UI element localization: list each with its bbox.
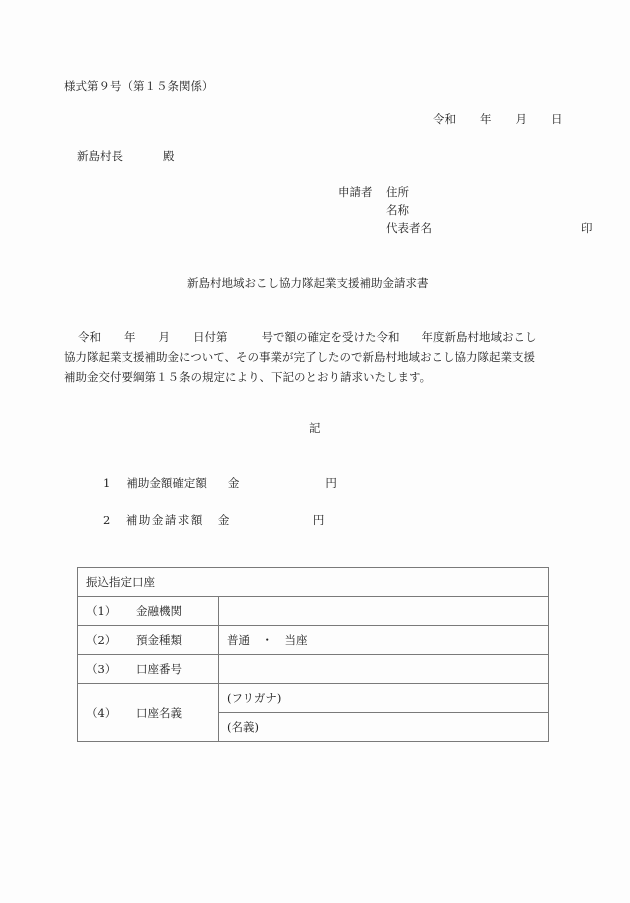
date-month: 月: [516, 112, 528, 126]
account-table: 振込指定口座 （1）金融機関 （2）預金種類 普通 ・ 当座 （3）口座番号 （…: [77, 567, 549, 742]
addressee-honorific: 殿: [163, 149, 175, 163]
addressee-name: 新島村長: [77, 149, 123, 163]
applicant-representative-label: 代表者名: [386, 223, 432, 235]
date-year: 年: [480, 112, 492, 126]
form-number: 様式第９号（第１５条関係）: [64, 81, 214, 93]
deposit-type-value[interactable]: 普通 ・ 当座: [219, 626, 549, 655]
ki-heading: 記: [309, 423, 321, 435]
addressee: 新島村長殿: [77, 151, 175, 163]
body-line-3: 補助金交付要綱第１５条の規定により、下記のとおり請求いたします。: [64, 367, 574, 387]
table-row: （1）金融機関: [78, 597, 549, 626]
row-label-account-number: （3）口座番号: [78, 655, 219, 684]
body-line-2: 協力隊起業支援補助金について、その事業が完了したので新島村地域おこし協力隊起業支…: [64, 347, 574, 367]
item-1: 1補助金額確定額金円: [103, 478, 337, 490]
account-number-value[interactable]: [219, 655, 549, 684]
seal-mark: 印: [581, 223, 593, 235]
row-label-account-holder: （4）口座名義: [78, 684, 219, 742]
row-label-bank: （1）金融機関: [78, 597, 219, 626]
furigana-field[interactable]: (フリガナ): [219, 684, 549, 713]
applicant-label: 申請者: [338, 187, 373, 199]
table-header-row: 振込指定口座: [78, 568, 549, 597]
bank-value[interactable]: [219, 597, 549, 626]
table-row: （3）口座番号: [78, 655, 549, 684]
applicant-address-label: 住所: [386, 187, 409, 199]
document-title: 新島村地域おこし協力隊起業支援補助金請求書: [187, 278, 429, 290]
table-row: （4）口座名義 (フリガナ): [78, 684, 549, 713]
applicant-name-label: 名称: [386, 205, 409, 217]
holder-name-field[interactable]: (名義): [219, 713, 549, 742]
table-row: （2）預金種類 普通 ・ 当座: [78, 626, 549, 655]
date-era: 令和: [433, 112, 456, 126]
date-day: 日: [551, 112, 563, 126]
body-line-1: 令和年月日付第号で額の確定を受けた令和年度新島村地域おこし: [64, 327, 574, 347]
table-header: 振込指定口座: [78, 568, 549, 597]
row-label-deposit-type: （2）預金種類: [78, 626, 219, 655]
item-2: 2補助金請求額金円: [103, 515, 326, 527]
date-line: 令和年月日: [433, 114, 563, 126]
body-paragraph: 令和年月日付第号で額の確定を受けた令和年度新島村地域おこし 協力隊起業支援補助金…: [64, 327, 574, 387]
